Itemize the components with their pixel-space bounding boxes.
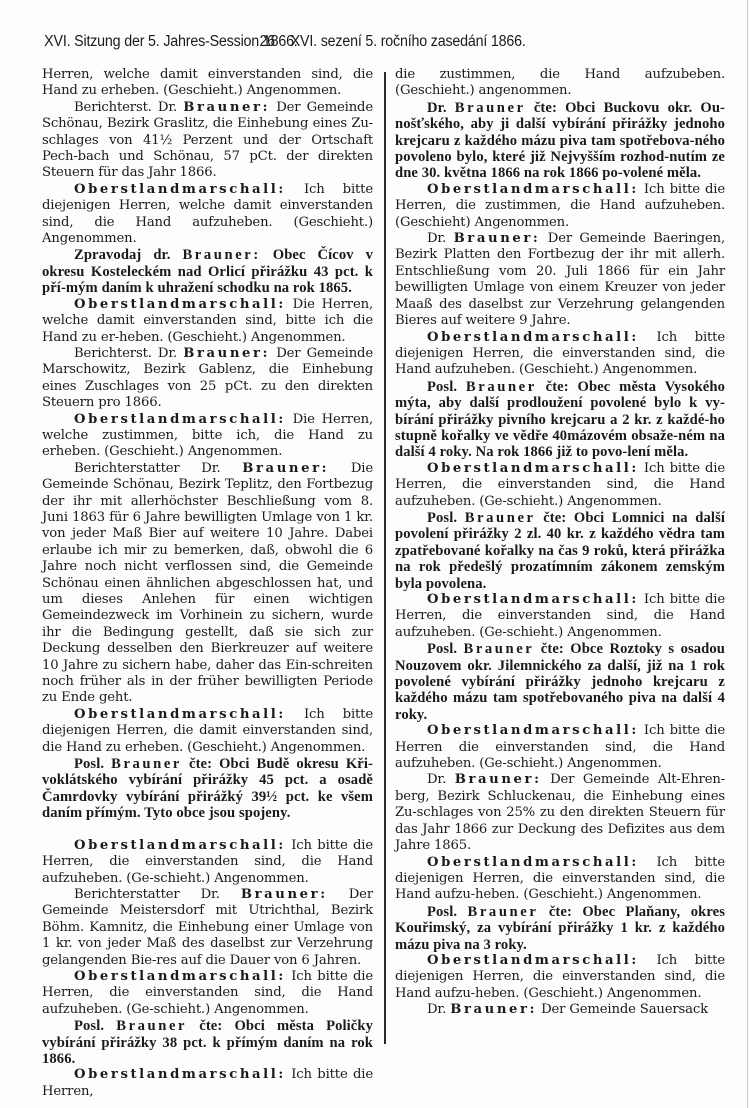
speaker-title: Zpravodaj dr.: [74, 247, 182, 263]
continued-paragraph: die zustimmen, die Hand aufzubeben. (Ges…: [395, 67, 725, 100]
speaker-name: Oberstlandmarschall:: [74, 297, 286, 312]
speech-paragraph: Oberstlandmarschall: Ich bitte diejenige…: [42, 707, 373, 756]
speaker-title: Dr.: [427, 100, 455, 116]
paragraph-text: Die Gemeinde Schönau, Bezirk Teplitz, de…: [42, 461, 373, 706]
continued-paragraph: Herren, welche damit einverstanden sind,…: [42, 67, 373, 100]
speaker-name: Brauner: [466, 379, 537, 395]
speaker-name: Brauner:: [183, 346, 270, 361]
speaker-title: Berichterst. Dr.: [74, 346, 183, 361]
speaker-name: Brauner: [111, 756, 182, 772]
speaker-name: Brauner:: [450, 1002, 537, 1017]
speaker-name: Brauner: [463, 641, 534, 657]
speech-paragraph: Berichterst. Dr. Brauner: Der Gemeinde M…: [42, 346, 373, 412]
page-number: 26: [259, 33, 274, 51]
speech-paragraph: Posl. Brauner čte: Obci města Poličky vy…: [42, 1018, 373, 1067]
speech-paragraph: Oberstlandmarschall: Die Herren, welche …: [42, 297, 373, 346]
speech-paragraph: Posl. Brauner čte: Obec Plaňany, okres K…: [395, 904, 725, 953]
speaker-title: Berichterstatter Dr.: [74, 461, 242, 476]
speech-paragraph: Oberstlandmarschall: Ich bitte diejenige…: [395, 330, 725, 379]
paragraph-text: Der Gemeinde Sauersack: [537, 1002, 708, 1017]
speaker-name: Brauner:: [455, 772, 542, 787]
header-czech-title: XVI. sezení 5. ročního zasedání 1866.: [291, 33, 526, 51]
speaker-name: Oberstlandmarschall:: [427, 723, 639, 738]
speaker-title: Posl.: [427, 510, 465, 526]
speech-paragraph: Oberstlandmarschall: Ich bitte die Herre…: [42, 1067, 373, 1100]
speaker-name: Oberstlandmarschall:: [427, 330, 639, 345]
speaker-name: Brauner: [455, 100, 526, 116]
paragraph-text: Herren, welche damit einverstanden sind,…: [42, 67, 373, 98]
speaker-name: Oberstlandmarschall:: [74, 969, 286, 984]
speaker-title: Dr.: [427, 1002, 450, 1017]
speaker-title: Berichterst. Dr.: [74, 100, 183, 115]
speech-paragraph: Posl. Brauner čte: Obci Lomnici na další…: [395, 510, 725, 592]
speech-paragraph: Dr. Brauner čte: Obci Buckovu okr. Ou-no…: [395, 100, 725, 182]
speech-paragraph: Posl. Brauner čte: Obce Roztoky s osadou…: [395, 641, 725, 723]
speaker-name: Oberstlandmarschall:: [427, 855, 639, 870]
paragraph-text: die zustimmen, die Hand aufzubeben. (Ges…: [395, 67, 725, 98]
speaker-name: Brauner: [465, 510, 536, 526]
speaker-name: Brauner:: [454, 231, 541, 246]
speech-paragraph: Oberstlandmarschall: Die Herren, welche …: [42, 412, 373, 461]
speech-paragraph: Dr. Brauner: Der Gemeinde Sauersack: [395, 1002, 725, 1018]
speech-paragraph: Oberstlandmarschall: Ich bitte diejenige…: [395, 855, 725, 904]
speaker-title: Dr.: [427, 231, 454, 246]
speech-paragraph: Posl. Brauner čte: Obci Budě okresu Kři-…: [42, 756, 373, 822]
speech-paragraph: Oberstlandmarschall: Ich bitte die Herre…: [42, 969, 373, 1018]
speaker-name: Brauner:: [183, 100, 270, 115]
speaker-name: Oberstlandmarschall:: [74, 412, 286, 427]
speech-paragraph: Oberstlandmarschall: Ich bitte diejenige…: [395, 953, 725, 1002]
speech-paragraph: Oberstlandmarschall: Ich bitte die Herre…: [395, 592, 725, 641]
page-edge: [747, 0, 748, 1108]
speaker-name: Brauner:: [241, 887, 328, 902]
speaker-title: Posl.: [427, 904, 468, 920]
speaker-name: Oberstlandmarschall:: [427, 953, 639, 968]
speaker-title: Posl.: [74, 1018, 116, 1034]
speech-paragraph: Berichterstatter Dr. Brauner: Der Gemein…: [42, 887, 373, 969]
speaker-title: Posl.: [427, 379, 466, 395]
speech-paragraph: Berichterst. Dr. Brauner: Der Gemeinde S…: [42, 100, 373, 182]
speech-paragraph: Oberstlandmarschall: Ich bitte diejenige…: [42, 182, 373, 248]
column-divider: [384, 72, 386, 1044]
right-column: die zustimmen, die Hand aufzubeben. (Ges…: [395, 67, 725, 1019]
speaker-name: Brauner: [468, 904, 539, 920]
left-column: Herren, welche damit einverstanden sind,…: [42, 67, 373, 1100]
speech-paragraph: Berichterstatter Dr. Brauner: Die Gemein…: [42, 461, 373, 707]
speaker-name: Oberstlandmarschall:: [427, 461, 639, 476]
speech-paragraph: Dr. Brauner: Der Gemeinde Baeringen, Bez…: [395, 231, 725, 329]
speaker-name: Oberstlandmarschall:: [427, 592, 639, 607]
speaker-title: Posl.: [427, 641, 463, 657]
speaker-title: Posl.: [74, 756, 111, 772]
speaker-name: Oberstlandmarschall:: [74, 182, 286, 197]
speaker-title: Dr.: [427, 772, 455, 787]
speaker-name: Oberstlandmarschall:: [74, 707, 286, 722]
speaker-name: Brauner:: [182, 247, 260, 263]
speech-paragraph: Oberstlandmarschall: Ich bitte die Herre…: [395, 723, 725, 772]
speaker-name: Oberstlandmarschall:: [74, 1067, 286, 1082]
speaker-title: Berichterstatter Dr.: [74, 887, 241, 902]
speech-paragraph: Oberstlandmarschall: Ich bitte die Herre…: [42, 838, 373, 887]
speaker-name: Oberstlandmarschall:: [427, 182, 639, 197]
speech-paragraph: Zpravodaj dr. Brauner: Obec Čícov v okre…: [42, 247, 373, 296]
speech-paragraph: Oberstlandmarschall: Ich bitte die Herre…: [395, 461, 725, 510]
speaker-name: Brauner: [116, 1018, 187, 1034]
speech-paragraph: Oberstlandmarschall: Ich bitte die Herre…: [395, 182, 725, 231]
speech-paragraph: Posl. Brauner čte: Obec města Vysokého m…: [395, 379, 725, 461]
speech-paragraph: Dr. Brauner: Der Gemeinde Alt-Ehren-berg…: [395, 772, 725, 854]
speaker-name: Oberstlandmarschall:: [74, 838, 286, 853]
speaker-name: Brauner:: [242, 461, 329, 476]
